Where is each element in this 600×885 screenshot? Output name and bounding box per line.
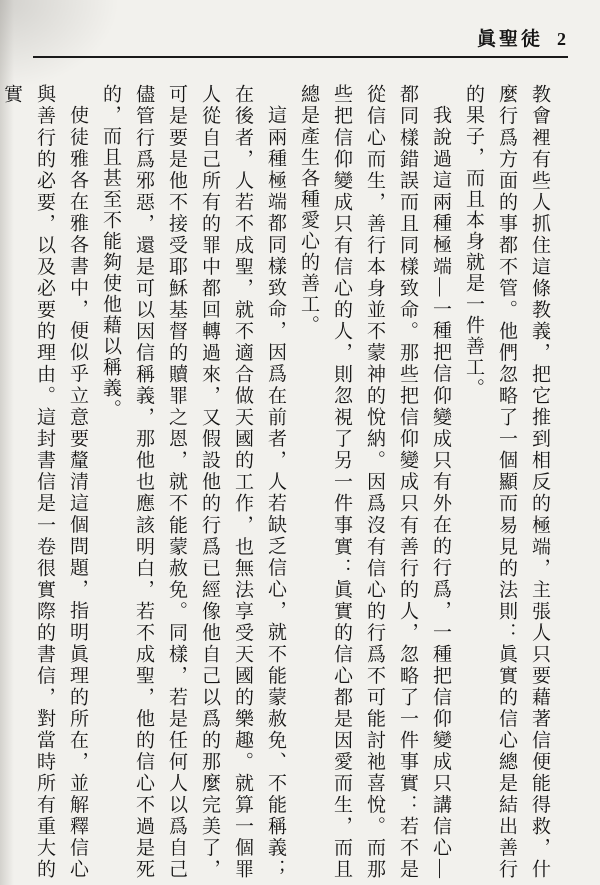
header-rule [33,56,568,58]
paragraph: 我說過這兩種極端—一種把信仰變成只有外在的行爲，一種把信仰變成只講信心—都同樣錯… [292,84,457,880]
page-number: 2 [557,29,566,50]
paragraph: 使徒雅各在雅各書中，便似乎立意要釐清這個問題，指明眞理的所在，並解釋信心與善行的… [0,84,94,880]
paragraph: 這兩種極端都同樣致命，因爲在前者，人若缺乏信心，就不能蒙赦免、不能稱義；在後者，… [94,84,292,880]
text-body: 教會裡有些人抓住這條教義，把它推到相反的極端，主張人只要藉著信便能得救，什麼行爲… [0,84,556,880]
book-title: 眞聖徒 [477,24,543,51]
paragraph: 教會裡有些人抓住這條教義，把它推到相反的極端，主張人只要藉著信便能得救，什麼行爲… [457,84,556,880]
page-header: 眞聖徒 2 [0,24,568,51]
